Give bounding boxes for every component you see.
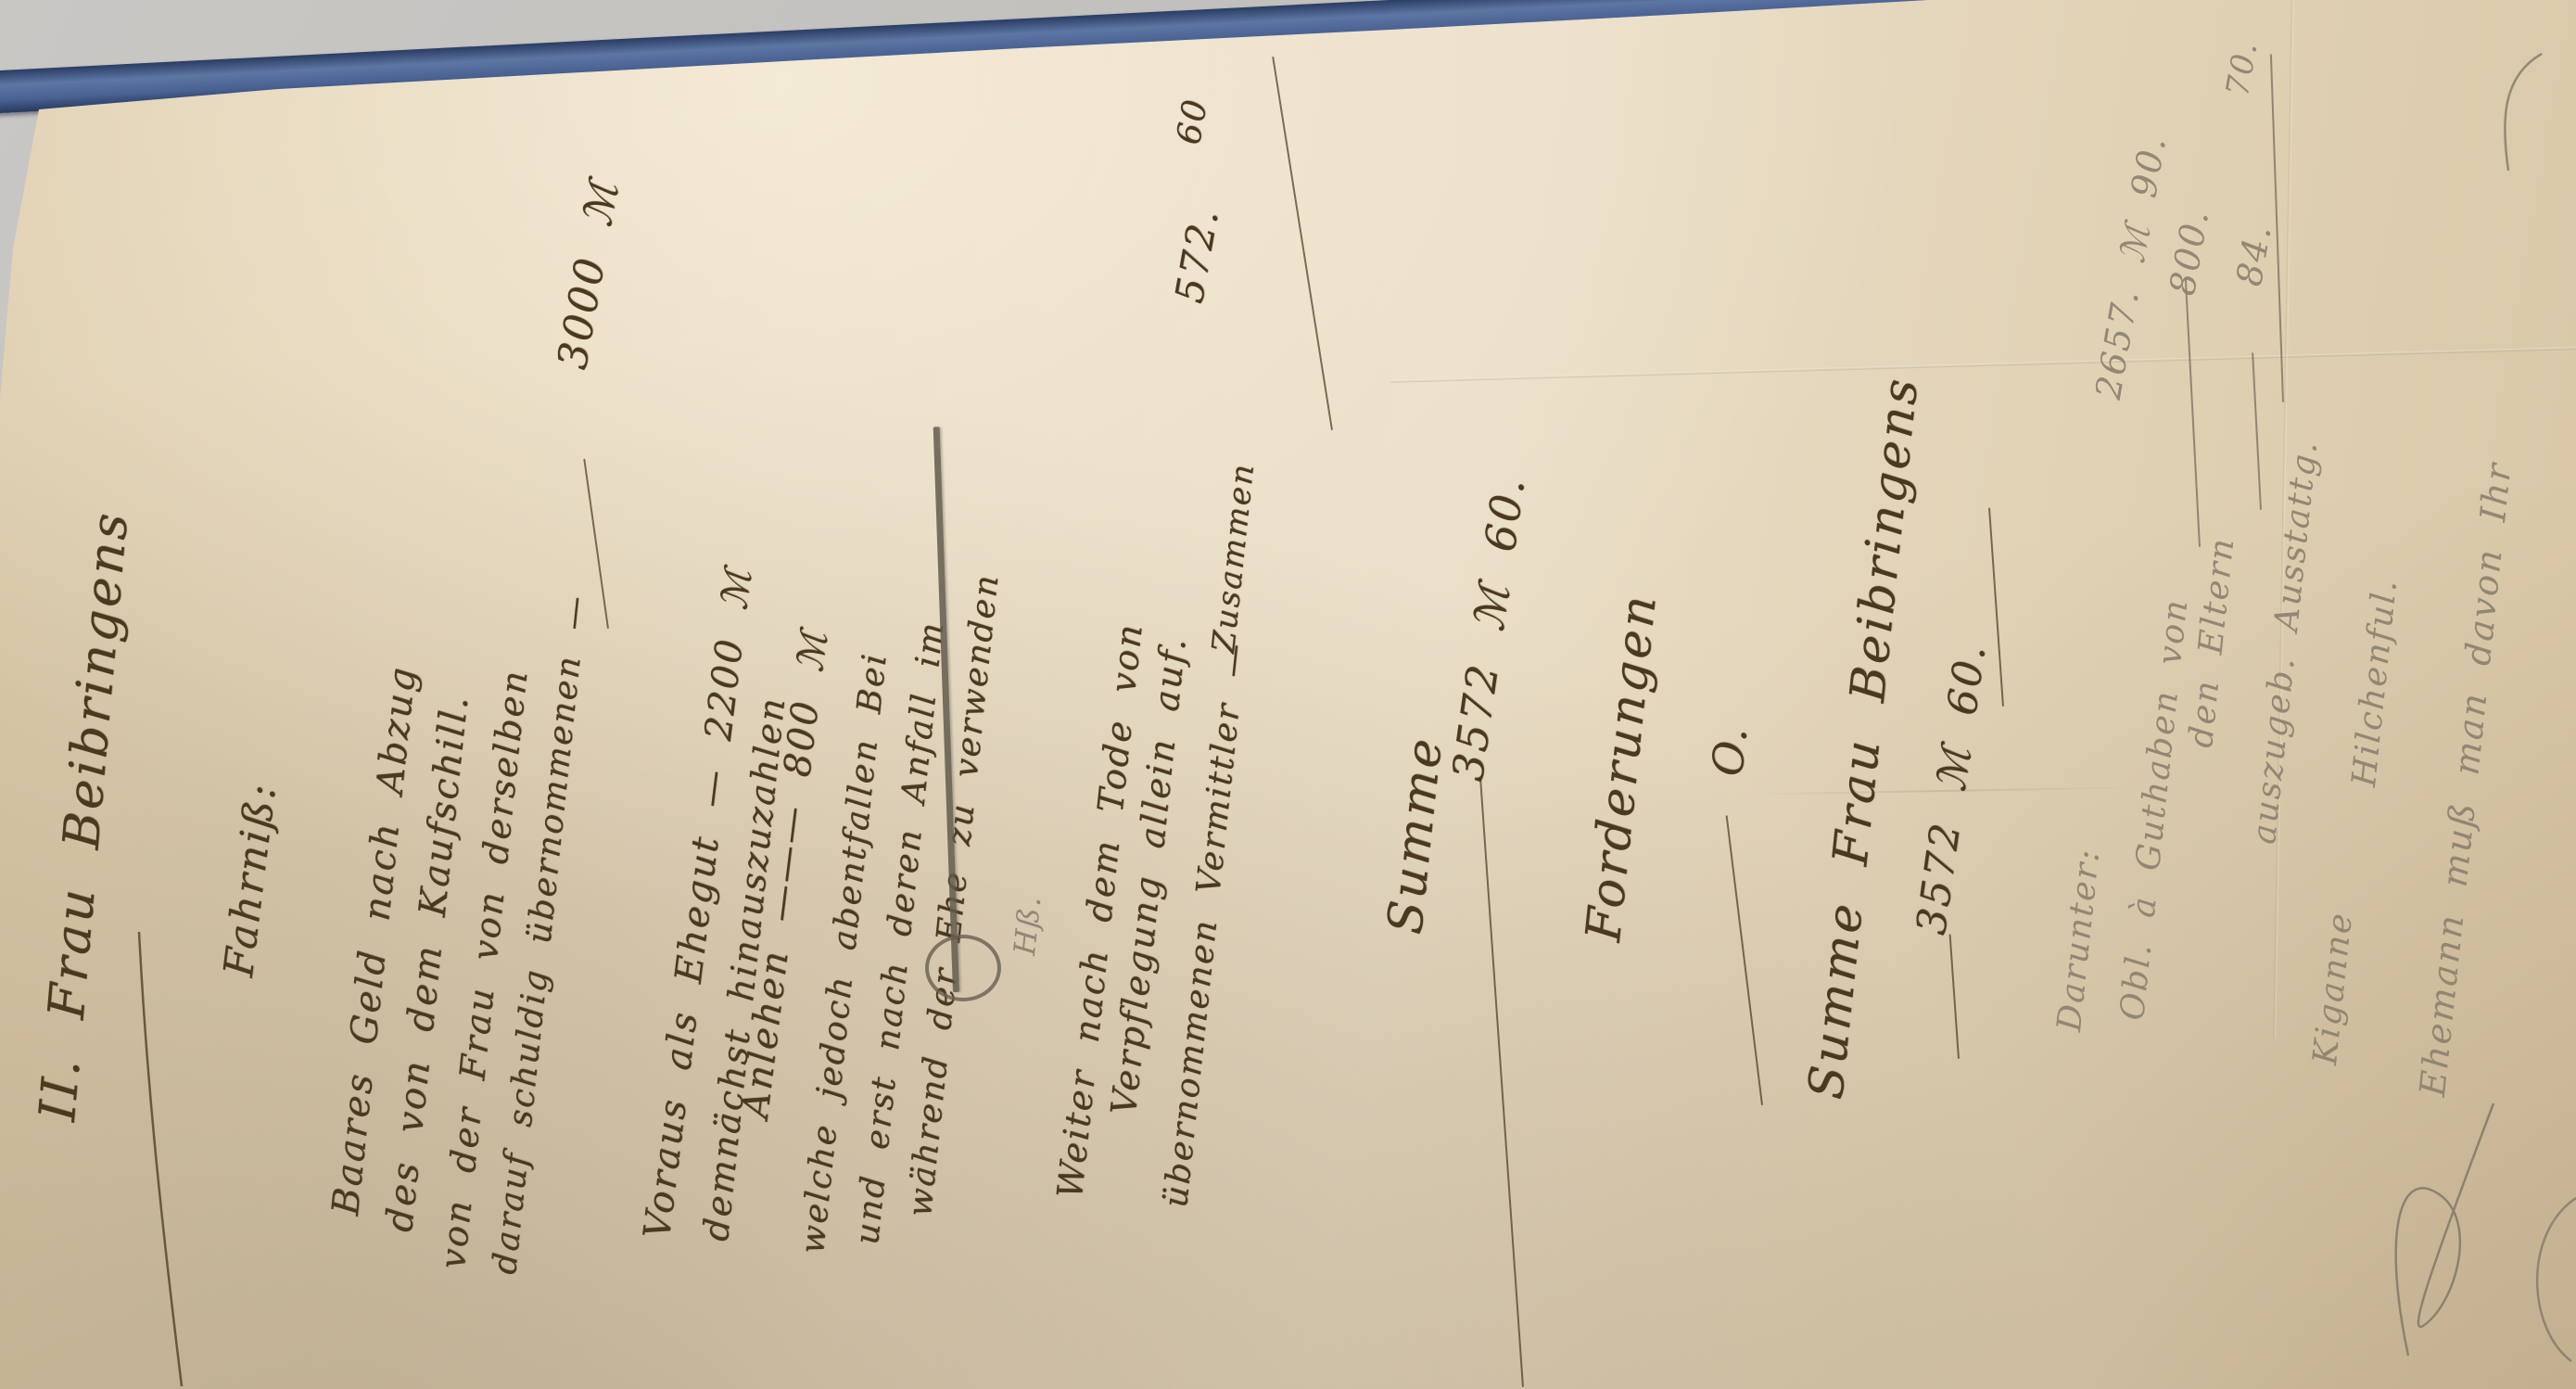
pencil-paraph-flourish (2396, 1103, 2494, 1356)
pencil-curl-bottom-right (2537, 1198, 2576, 1361)
pencil-curl-top-right (2505, 54, 2542, 171)
photo-of-handwritten-ledger-page: II. Frau BeibringensFahrniß:Baares Geld … (0, 0, 2576, 1389)
pen-flourishes (0, 0, 2576, 1389)
heading-swash-stroke (139, 932, 182, 1386)
